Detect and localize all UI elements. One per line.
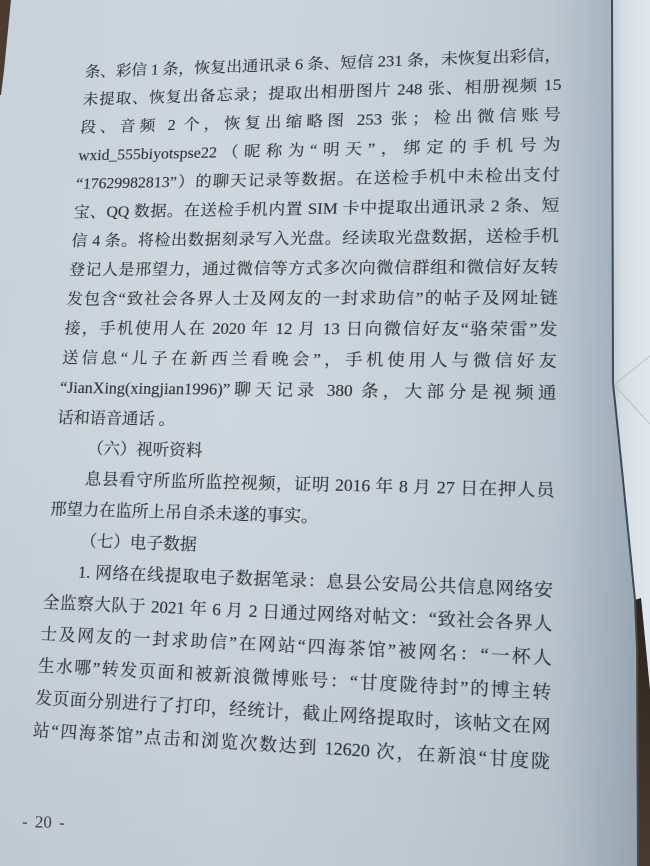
body-line: 送信息“儿子在新西兰看晚会”，手机使用人与微信好友 [61, 343, 557, 377]
body-line: 接，手机使用人在 2020 年 12 月 13 日向微信好友“骆荣雷”发 [64, 314, 558, 346]
body-line: 登记人是邢望力，通过微信等方式多次向微信群组和微信好友转 [68, 251, 558, 284]
table-surface-top-left [0, 0, 11, 95]
document-body: 条、彩信 1 条，恢复出通讯录 6 条、短信 231 条，未恢复出彩信， 未提取… [32, 40, 563, 779]
document-page: 条、彩信 1 条，恢复出通讯录 6 条、短信 231 条，未恢复出彩信， 未提取… [0, 0, 650, 866]
body-line: 发包含“致社会各界人士及网友的一封求助信”的帖子及网址链 [66, 282, 558, 313]
body-line: 信 4 条。将检出数据刻录写入光盘。经读取光盘数据，送检手机 [71, 220, 560, 255]
page-number: - 20 - [22, 810, 65, 835]
